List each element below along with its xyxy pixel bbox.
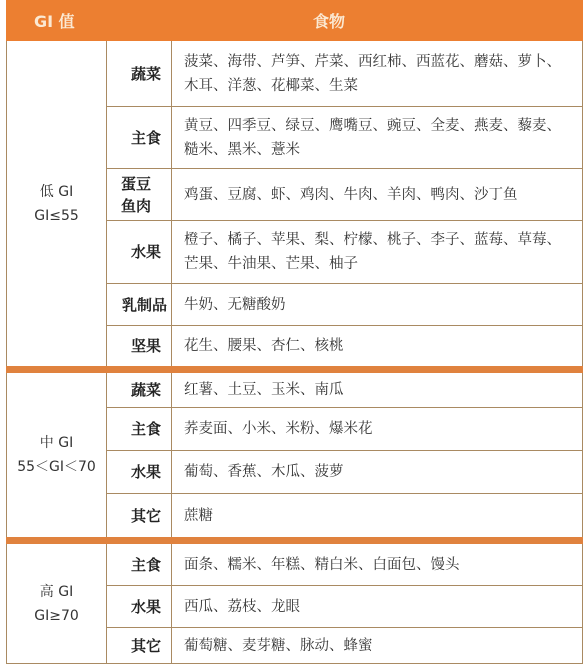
category-cell: 蔬菜 [107, 373, 172, 407]
foods-cell: 花生、腰果、杏仁、核桃 [172, 326, 582, 366]
table-row: 乳制品 牛奶、无糖酸奶 [107, 283, 582, 325]
gi-range-label: GI≤55 [34, 204, 79, 228]
foods-cell: 蔗糖 [172, 494, 582, 537]
category-cell: 主食 [107, 544, 172, 585]
category-cell: 其它 [107, 628, 172, 663]
gi-range-label: 55＜GI＜70 [17, 455, 96, 479]
table-row: 其它 葡萄糖、麦芽糖、脉动、蜂蜜 [107, 627, 582, 663]
header-gi-value: GI 值 [6, 0, 107, 41]
category-cell: 蔬菜 [107, 41, 172, 106]
category-cell: 水果 [107, 451, 172, 493]
category-cell: 其它 [107, 494, 172, 537]
foods-cell: 面条、糯米、年糕、精白米、白面包、馒头 [172, 544, 582, 585]
group-high-gi: 高 GI GI≥70 主食 面条、糯米、年糕、精白米、白面包、馒头 水果 西瓜、… [6, 544, 583, 664]
table-row: 主食 面条、糯米、年糕、精白米、白面包、馒头 [107, 544, 582, 585]
category-cell: 坚果 [107, 326, 172, 366]
foods-cell: 红薯、土豆、玉米、南瓜 [172, 373, 582, 407]
table-row: 主食 黄豆、四季豆、绿豆、鹰嘴豆、豌豆、全麦、燕麦、藜麦、糙米、黑米、薏米 [107, 106, 582, 168]
gi-level-label: 中 GI [40, 431, 73, 455]
table-row: 水果 西瓜、荔枝、龙眼 [107, 585, 582, 627]
category-cell: 蛋豆鱼肉 [107, 169, 172, 220]
gi-level-cell: 低 GI GI≤55 [7, 41, 107, 366]
foods-cell: 西瓜、荔枝、龙眼 [172, 586, 582, 627]
foods-cell: 菠菜、海带、芦笋、芹菜、西红柿、西蓝花、蘑菇、萝卜、木耳、洋葱、花椰菜、生菜 [172, 41, 582, 106]
gi-level-cell: 高 GI GI≥70 [7, 544, 107, 663]
table-row: 蔬菜 红薯、土豆、玉米、南瓜 [107, 373, 582, 407]
gi-food-table: GI 值 食物 低 GI GI≤55 蔬菜 菠菜、海带、芦笋、芹菜、西红柿、西蓝… [6, 0, 583, 664]
table-row: 蛋豆鱼肉 鸡蛋、豆腐、虾、鸡肉、牛肉、羊肉、鸭肉、沙丁鱼 [107, 168, 582, 220]
table-row: 坚果 花生、腰果、杏仁、核桃 [107, 325, 582, 366]
foods-cell: 葡萄糖、麦芽糖、脉动、蜂蜜 [172, 628, 582, 663]
category-cell: 水果 [107, 586, 172, 627]
header-food: 食物 [107, 0, 583, 41]
gi-level-cell: 中 GI 55＜GI＜70 [7, 373, 107, 537]
gi-range-label: GI≥70 [34, 604, 79, 628]
category-cell: 主食 [107, 408, 172, 450]
group-divider [6, 537, 583, 544]
group-mid-gi: 中 GI 55＜GI＜70 蔬菜 红薯、土豆、玉米、南瓜 主食 荞麦面、小米、米… [6, 373, 583, 537]
category-cell: 乳制品 [107, 284, 172, 325]
foods-cell: 鸡蛋、豆腐、虾、鸡肉、牛肉、羊肉、鸭肉、沙丁鱼 [172, 169, 582, 220]
foods-cell: 橙子、橘子、苹果、梨、柠檬、桃子、李子、蓝莓、草莓、芒果、牛油果、芒果、柚子 [172, 221, 582, 283]
table-row: 蔬菜 菠菜、海带、芦笋、芹菜、西红柿、西蓝花、蘑菇、萝卜、木耳、洋葱、花椰菜、生… [107, 41, 582, 106]
foods-cell: 牛奶、无糖酸奶 [172, 284, 582, 325]
foods-cell: 荞麦面、小米、米粉、爆米花 [172, 408, 582, 450]
table-row: 水果 葡萄、香蕉、木瓜、菠萝 [107, 450, 582, 493]
group-low-gi: 低 GI GI≤55 蔬菜 菠菜、海带、芦笋、芹菜、西红柿、西蓝花、蘑菇、萝卜、… [6, 41, 583, 366]
table-row: 主食 荞麦面、小米、米粉、爆米花 [107, 407, 582, 450]
category-cell: 水果 [107, 221, 172, 283]
foods-cell: 黄豆、四季豆、绿豆、鹰嘴豆、豌豆、全麦、燕麦、藜麦、糙米、黑米、薏米 [172, 107, 582, 168]
foods-cell: 葡萄、香蕉、木瓜、菠萝 [172, 451, 582, 493]
gi-level-label: 低 GI [40, 180, 73, 204]
group-divider [6, 366, 583, 373]
table-row: 其它 蔗糖 [107, 493, 582, 537]
category-cell: 主食 [107, 107, 172, 168]
table-row: 水果 橙子、橘子、苹果、梨、柠檬、桃子、李子、蓝莓、草莓、芒果、牛油果、芒果、柚… [107, 220, 582, 283]
gi-level-label: 高 GI [40, 580, 73, 604]
table-header: GI 值 食物 [6, 0, 583, 41]
